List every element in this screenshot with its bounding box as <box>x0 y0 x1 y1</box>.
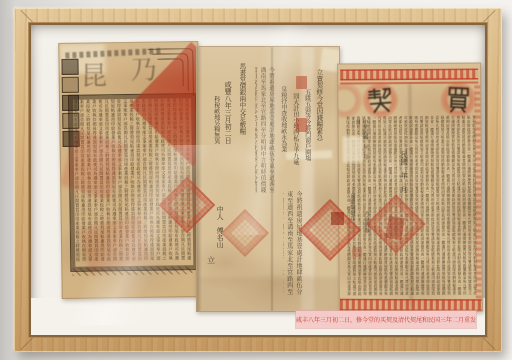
deed-column: 㘞大計田小地四私五半九毫 <box>290 93 299 193</box>
seal-wreath-qi: 契 <box>360 80 400 120</box>
edge-shadow <box>197 47 202 311</box>
form-cell <box>61 59 78 75</box>
form-cell <box>62 77 79 93</box>
middleman-column: 中人 傅名山 <box>215 206 225 296</box>
caption-text: 咸丰八年三月初二日，修今堂的买契及清代契尾和民国三年二月重发的契纸（70） <box>296 315 476 324</box>
doc-left-qing-qiwei: 昆 乃 契尾布政使司為遵奉部文事案奉戶部咨開凡民間置買田房產業投稅之時將契尾粘連… <box>58 41 202 299</box>
seal-wreath-mai: 買 <box>438 80 478 120</box>
ornamental-band-right <box>474 84 482 299</box>
ornamental-band-bottom <box>340 299 482 311</box>
doc-right-maiqi-paper: 契 買 <box>337 63 483 313</box>
deed-dense-columns: 今將祖遺房屋地基壹處計地肆畝伍分東至道西至溝南至馬家北至官路四至分明同中言明時值… <box>283 191 303 299</box>
square-stamp <box>352 247 362 257</box>
wood-frame: 昆 乃 契尾布政使司為遵奉部文事案奉戶部咨開凡民間置買田房產業投稅之時將契尾粘連… <box>14 8 502 352</box>
glass-and-mat: 昆 乃 契尾布政使司為遵奉部文事案奉戶部咨開凡民間置買田房產業投稅之時將契尾粘連… <box>31 25 485 335</box>
doc-middle-handwritten-deed: 立賣契修今堂因錢糧緊急 五陞五㪷等今將門窗戶圈塲 㘞大計田小地四私五半九毫 皇粮… <box>196 46 340 312</box>
caption-label: 咸丰八年三月初二日，修今堂的买契及清代契尾和民国三年二月重发的契纸（70） <box>296 311 476 328</box>
deed-tax-column: 科稅畝地另糧無異 <box>211 96 220 178</box>
square-stamp <box>296 76 307 89</box>
photo-of-framed-deeds: 昆 乃 契尾布政使司為遵奉部文事案奉戶部咨開凡民間置買田房產業投稅之時將契尾粘連… <box>0 0 512 360</box>
char-mai-icon <box>445 87 471 113</box>
receipt-note: 今量收執 <box>361 211 369 253</box>
char-qi-icon <box>367 87 393 113</box>
square-stamp <box>296 118 307 132</box>
deed-date-column: 咸豐八年三月初二日 <box>223 81 233 199</box>
era-column: 中華民國 年 月 日 <box>354 119 369 167</box>
deed-price-column: 馬畫堂價銀兩中交足敷糧 <box>237 63 246 193</box>
deed-opening-column: 立賣契修今堂因錢糧緊急 <box>314 69 323 181</box>
deed-column: 皇粮抒申查收地畝永為業 <box>278 86 287 192</box>
signature-li: 立 <box>205 256 217 270</box>
deed-column: 五陞五㪷等今將門窗戶圈塲 <box>302 89 311 189</box>
square-stamp <box>331 212 344 225</box>
deed-dense-columns: 今將祖遺房屋地基壹處計地肆畝伍分東至道西至溝南至馬家北至官路四至分明同中言明時值… <box>255 67 275 197</box>
